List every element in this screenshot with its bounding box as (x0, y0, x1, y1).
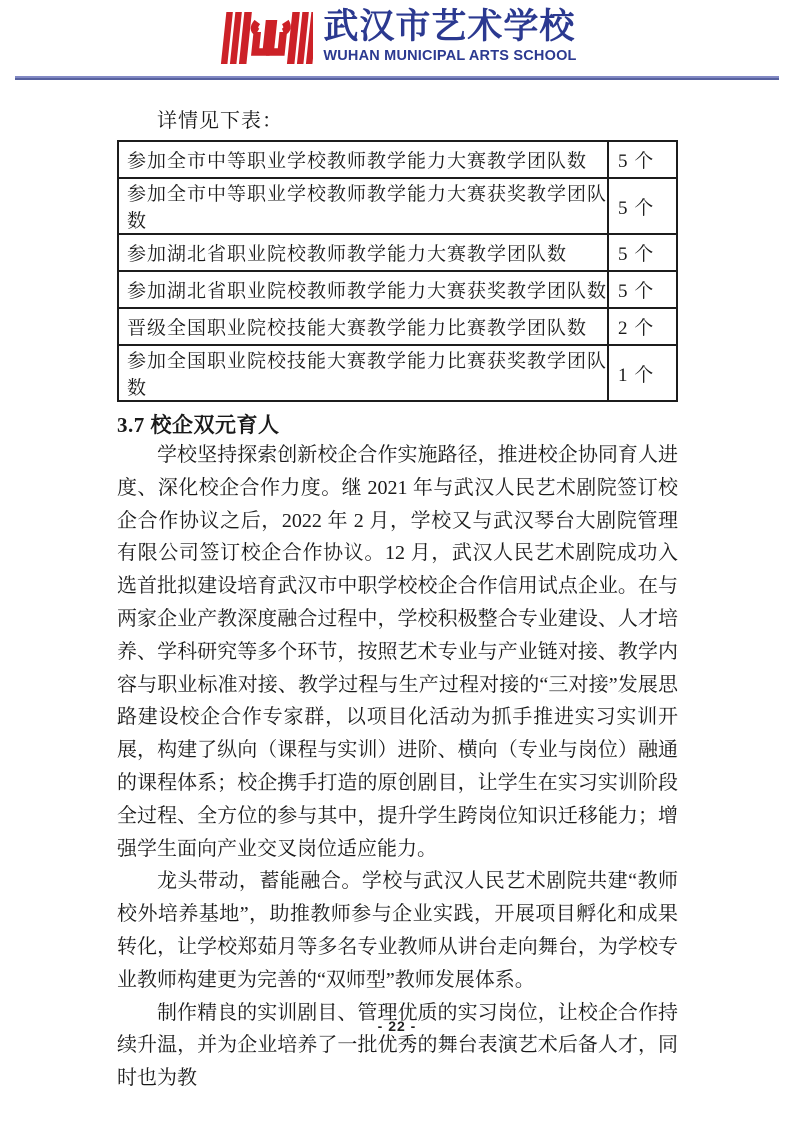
table-intro-text: 详情见下表： (117, 106, 678, 136)
school-name-en: WUHAN MUNICIPAL ARTS SCHOOL (323, 48, 576, 65)
table-row: 晋级全国职业院校技能大赛教学能力比赛教学团队数 2 个 (118, 308, 677, 345)
table-cell-value: 2 个 (608, 308, 677, 345)
school-title-block: 武汉市艺术学校 WUHAN MUNICIPAL ARTS SCHOOL (323, 6, 576, 65)
school-logo-icon (217, 6, 313, 70)
table-cell-value: 5 个 (608, 234, 677, 271)
section-heading: 3.7 校企双元育人 (117, 411, 678, 439)
table-cell-label: 参加全国职业院校技能大赛教学能力比赛获奖教学团队数 (118, 345, 608, 401)
stats-table: 参加全市中等职业学校教师教学能力大赛教学团队数 5 个 参加全市中等职业学校教师… (117, 140, 678, 402)
table-row: 参加全市中等职业学校教师教学能力大赛获奖教学团队数 5 个 (118, 178, 677, 234)
table-row: 参加湖北省职业院校教师教学能力大赛获奖教学团队数 5 个 (118, 271, 677, 308)
table-cell-value: 5 个 (608, 141, 677, 178)
table-cell-label: 参加湖北省职业院校教师教学能力大赛教学团队数 (118, 234, 608, 271)
document-page: 武汉市艺术学校 WUHAN MUNICIPAL ARTS SCHOOL 详情见下… (0, 0, 794, 1123)
body-paragraph: 制作精良的实训剧目、管理优质的实习岗位，让校企合作持续升温，并为企业培养了一批优… (117, 997, 678, 1095)
table-cell-label: 参加湖北省职业院校教师教学能力大赛获奖教学团队数 (118, 271, 608, 308)
table-cell-value: 1 个 (608, 345, 677, 401)
page-header: 武汉市艺术学校 WUHAN MUNICIPAL ARTS SCHOOL (0, 6, 794, 76)
page-number: - 22 - (0, 1018, 794, 1034)
document-body: 详情见下表： 参加全市中等职业学校教师教学能力大赛教学团队数 5 个 参加全市中… (117, 106, 678, 1095)
table-cell-value: 5 个 (608, 178, 677, 234)
header-divider (15, 76, 779, 80)
table-cell-value: 5 个 (608, 271, 677, 308)
table-cell-label: 参加全市中等职业学校教师教学能力大赛获奖教学团队数 (118, 178, 608, 234)
school-name-zh: 武汉市艺术学校 (323, 6, 575, 48)
body-paragraph: 学校坚持探索创新校企合作实施路径，推进校企协同育人进度、深化校企合作力度。继 2… (117, 439, 678, 865)
table-cell-label: 参加全市中等职业学校教师教学能力大赛教学团队数 (118, 141, 608, 178)
table-row: 参加全国职业院校技能大赛教学能力比赛获奖教学团队数 1 个 (118, 345, 677, 401)
table-cell-label: 晋级全国职业院校技能大赛教学能力比赛教学团队数 (118, 308, 608, 345)
table-row: 参加全市中等职业学校教师教学能力大赛教学团队数 5 个 (118, 141, 677, 178)
table-row: 参加湖北省职业院校教师教学能力大赛教学团队数 5 个 (118, 234, 677, 271)
body-paragraph: 龙头带动，蓄能融合。学校与武汉人民艺术剧院共建“教师校外培养基地”，助推教师参与… (117, 865, 678, 996)
